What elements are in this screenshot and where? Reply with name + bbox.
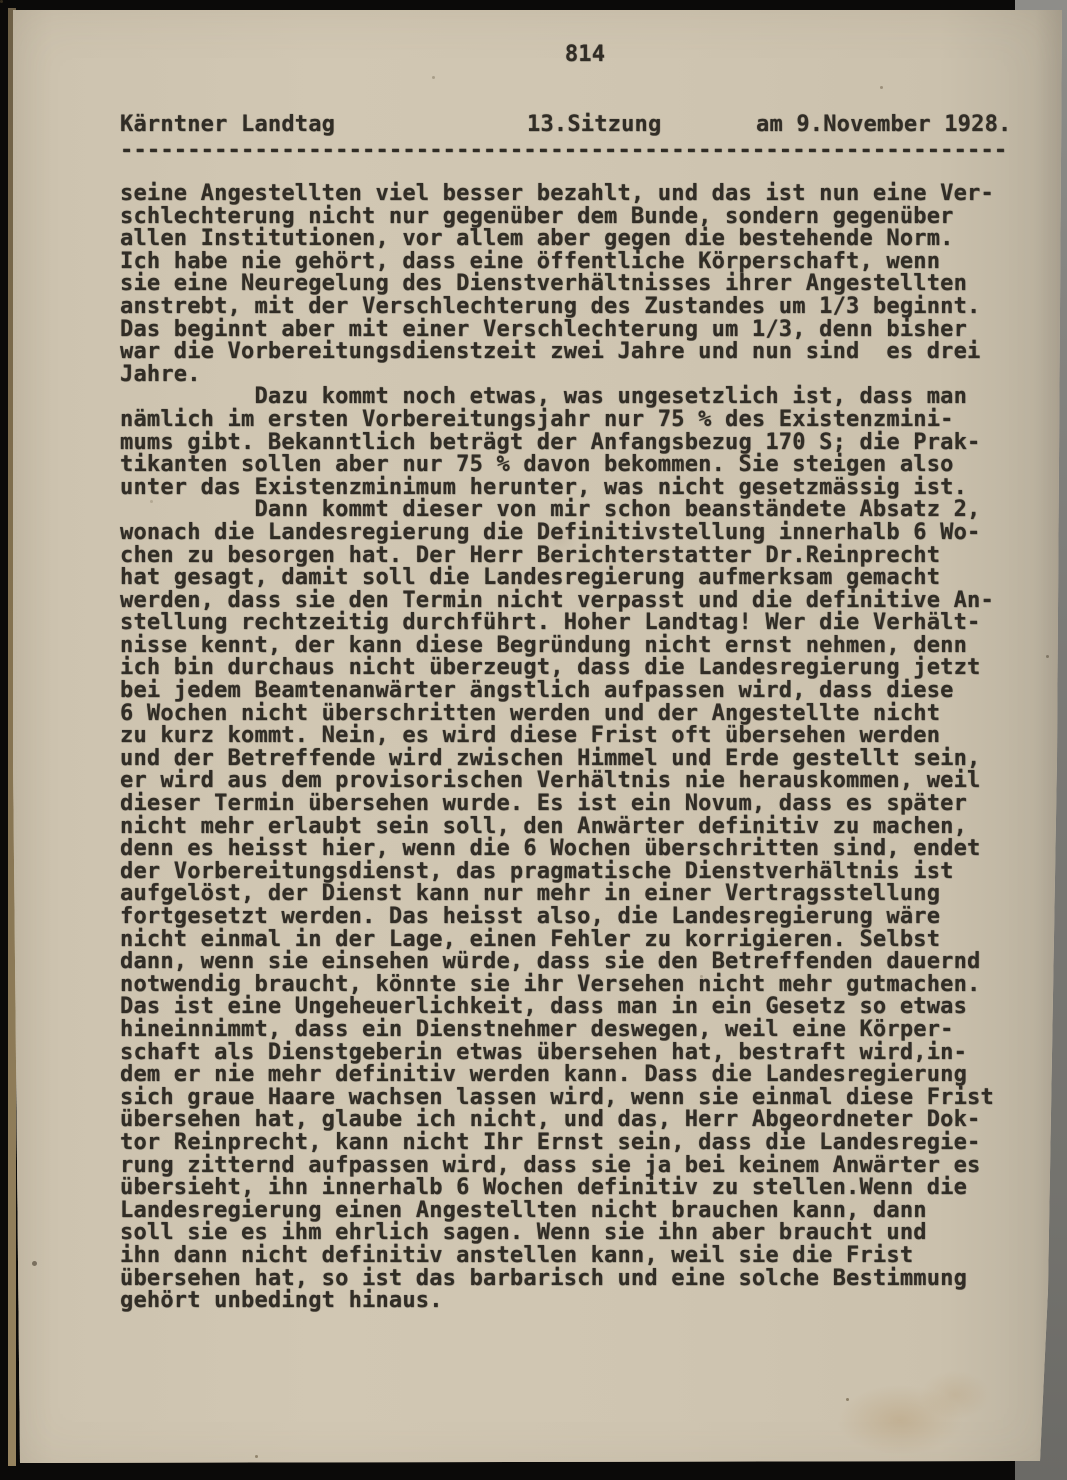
text-line: ihn dann nicht definitiv anstellen kann,… bbox=[120, 1245, 1020, 1268]
text-line: er wird aus dem provisorischen Verhältni… bbox=[120, 770, 1020, 793]
document-body: seine Angestellten viel besser bezahlt, … bbox=[120, 183, 1020, 1313]
text-line: seine Angestellten viel besser bezahlt, … bbox=[120, 183, 1020, 206]
text-line: 6 Wochen nicht überschritten werden und … bbox=[120, 703, 1020, 726]
text-line: sich graue Haare wachsen lassen wird, we… bbox=[120, 1087, 1020, 1110]
text-line: übersehen hat, glaube ich nicht, und das… bbox=[120, 1109, 1020, 1132]
text-line: allen Institutionen, vor allem aber gege… bbox=[120, 228, 1020, 251]
text-line: Jahre. bbox=[120, 364, 1020, 387]
text-line: Dazu kommt noch etwas, was ungesetzlich … bbox=[120, 386, 1020, 409]
text-line: dann, wenn sie einsehen würde, dass sie … bbox=[120, 951, 1020, 974]
text-line: denn es heisst hier, wenn die 6 Wochen ü… bbox=[120, 838, 1020, 861]
text-line: nicht einmal in der Lage, einen Fehler z… bbox=[120, 929, 1020, 952]
text-line: Landesregierung einen Angestellten nicht… bbox=[120, 1200, 1020, 1223]
text-line: mums gibt. Bekanntlich beträgt der Anfan… bbox=[120, 432, 1020, 455]
text-line: aufgelöst, der Dienst kann nur mehr in e… bbox=[120, 883, 1020, 906]
text-line: sie eine Neuregelung des Dienstverhältni… bbox=[120, 273, 1020, 296]
text-line: dem er nie mehr definitiv werden kann. D… bbox=[120, 1064, 1020, 1087]
text-line: übersieht, ihn innerhalb 6 Wochen defini… bbox=[120, 1177, 1020, 1200]
text-line: war die Vorbereitungsdienstzeit zwei Jah… bbox=[120, 341, 1020, 364]
page-number: 814 bbox=[520, 42, 650, 67]
text-line: dieser Termin übersehen wurde. Es ist ei… bbox=[120, 793, 1020, 816]
text-line: fortgesetzt werden. Das heisst also, die… bbox=[120, 906, 1020, 929]
text-line: chen zu besorgen hat. Der Herr Berichter… bbox=[120, 545, 1020, 568]
text-line: zu kurz kommt. Nein, es wird diese Frist… bbox=[120, 725, 1020, 748]
text-line: Dann kommt dieser von mir schon beanstän… bbox=[120, 499, 1020, 522]
parliament-name: Kärntner Landtag bbox=[120, 112, 335, 137]
text-line: unter das Existenzminimum herunter, was … bbox=[120, 477, 1020, 500]
text-line: gehört unbedingt hinaus. bbox=[120, 1290, 1020, 1313]
text-line: stellung rechtzeitig durchführt. Hoher L… bbox=[120, 612, 1020, 635]
page-content: 814 Kärntner Landtag 13.Sitzung am 9.Nov… bbox=[0, 0, 1067, 1480]
text-line: übersehen hat, so ist das barbarisch und… bbox=[120, 1268, 1020, 1291]
text-line: nämlich im ersten Vorbereitungsjahr nur … bbox=[120, 409, 1020, 432]
scanned-page: 814 Kärntner Landtag 13.Sitzung am 9.Nov… bbox=[0, 0, 1067, 1480]
text-line: notwendig braucht, könnte sie ihr Verseh… bbox=[120, 974, 1020, 997]
text-line: rung zitternd aufpassen wird, dass sie j… bbox=[120, 1155, 1020, 1178]
text-line: tor Reinprecht, kann nicht Ihr Ernst sei… bbox=[120, 1132, 1020, 1155]
text-line: Ich habe nie gehört, dass eine öffentlic… bbox=[120, 251, 1020, 274]
text-line: tikanten sollen aber nur 75 % davon beko… bbox=[120, 454, 1020, 477]
session-number: 13.Sitzung bbox=[527, 112, 661, 137]
text-line: ich bin durchaus nicht überzeugt, dass d… bbox=[120, 657, 1020, 680]
dashed-rule: ----------------------------------------… bbox=[120, 138, 1007, 163]
text-line: soll sie es ihm ehrlich sagen. Wenn sie … bbox=[120, 1222, 1020, 1245]
text-line: anstrebt, mit der Verschlechterung des Z… bbox=[120, 296, 1020, 319]
text-line: wonach die Landesregierung die Definitiv… bbox=[120, 522, 1020, 545]
session-date: am 9.November 1928. bbox=[756, 112, 1011, 137]
text-line: schaft als Dienstgeberin etwas übersehen… bbox=[120, 1042, 1020, 1065]
text-line: schlechterung nicht nur gegenüber dem Bu… bbox=[120, 206, 1020, 229]
text-line: bei jedem Beamtenanwärter ängstlich aufp… bbox=[120, 680, 1020, 703]
text-line: Das beginnt aber mit einer Verschlechter… bbox=[120, 319, 1020, 342]
text-line: hineinnimmt, dass ein Dienstnehmer deswe… bbox=[120, 1019, 1020, 1042]
text-line: nicht mehr erlaubt sein soll, den Anwärt… bbox=[120, 816, 1020, 839]
text-line: Das ist eine Ungeheuerlichkeit, dass man… bbox=[120, 996, 1020, 1019]
text-line: hat gesagt, damit soll die Landesregieru… bbox=[120, 567, 1020, 590]
text-line: werden, dass sie den Termin nicht verpas… bbox=[120, 590, 1020, 613]
